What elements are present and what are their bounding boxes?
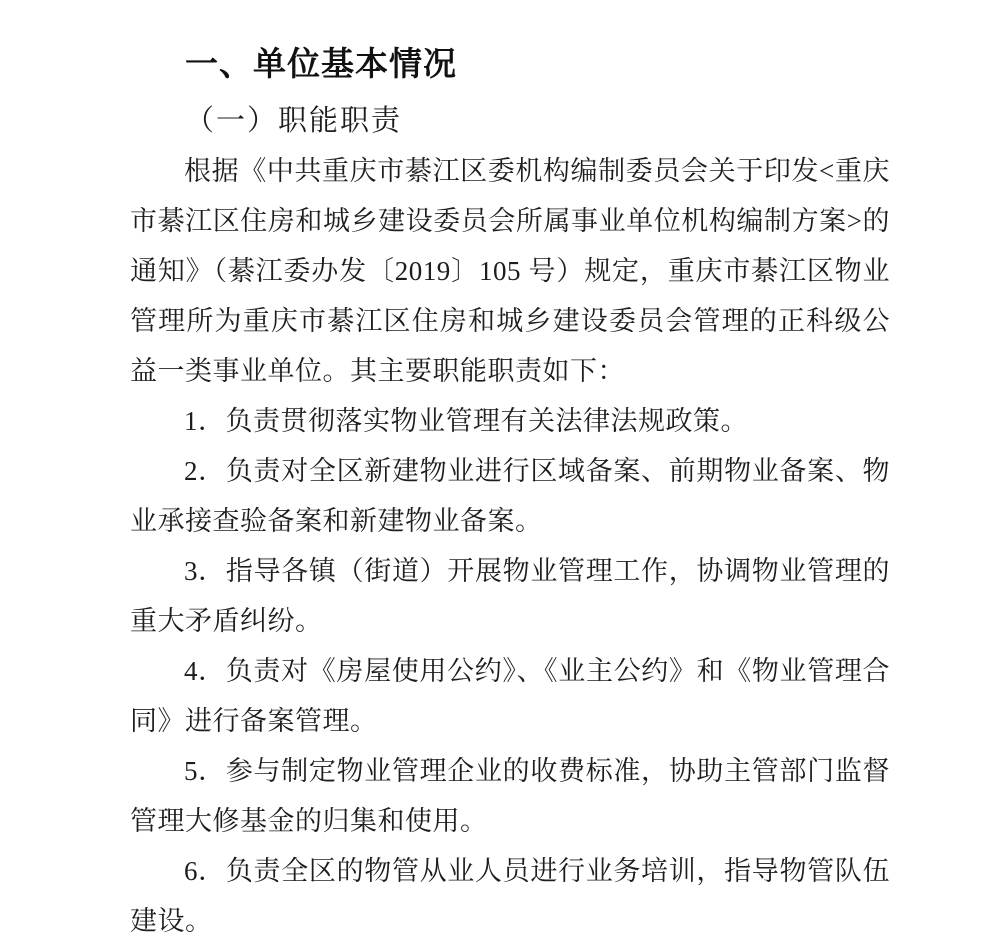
paragraph-item-1: 1．负责贯彻落实物业管理有关法律法规政策。 [130,396,890,446]
paragraph-item-2: 2．负责对全区新建物业进行区域备案、前期物业备案、物业承接查验备案和新建物业备案… [130,446,890,546]
paragraph-item-4: 4．负责对《房屋使用公约》、《业主公约》和《物业管理合同》进行备案管理。 [130,646,890,746]
subsection-heading: （一）职能职责 [130,103,890,139]
document-page: 一、单位基本情况 （一）职能职责 根据《中共重庆市綦江区委机构编制委员会关于印发… [0,0,1000,942]
document-body: 根据《中共重庆市綦江区委机构编制委员会关于印发<重庆市綦江区住房和城乡建设委员会… [130,146,890,942]
section-heading: 一、单位基本情况 [130,45,890,83]
paragraph-item-5: 5．参与制定物业管理企业的收费标准，协助主管部门监督管理大修基金的归集和使用。 [130,746,890,846]
paragraph-item-6: 6．负责全区的物管从业人员进行业务培训，指导物管队伍建设。 [130,846,890,942]
paragraph-intro: 根据《中共重庆市綦江区委机构编制委员会关于印发<重庆市綦江区住房和城乡建设委员会… [130,146,890,396]
paragraph-item-3: 3．指导各镇（街道）开展物业管理工作，协调物业管理的重大矛盾纠纷。 [130,546,890,646]
